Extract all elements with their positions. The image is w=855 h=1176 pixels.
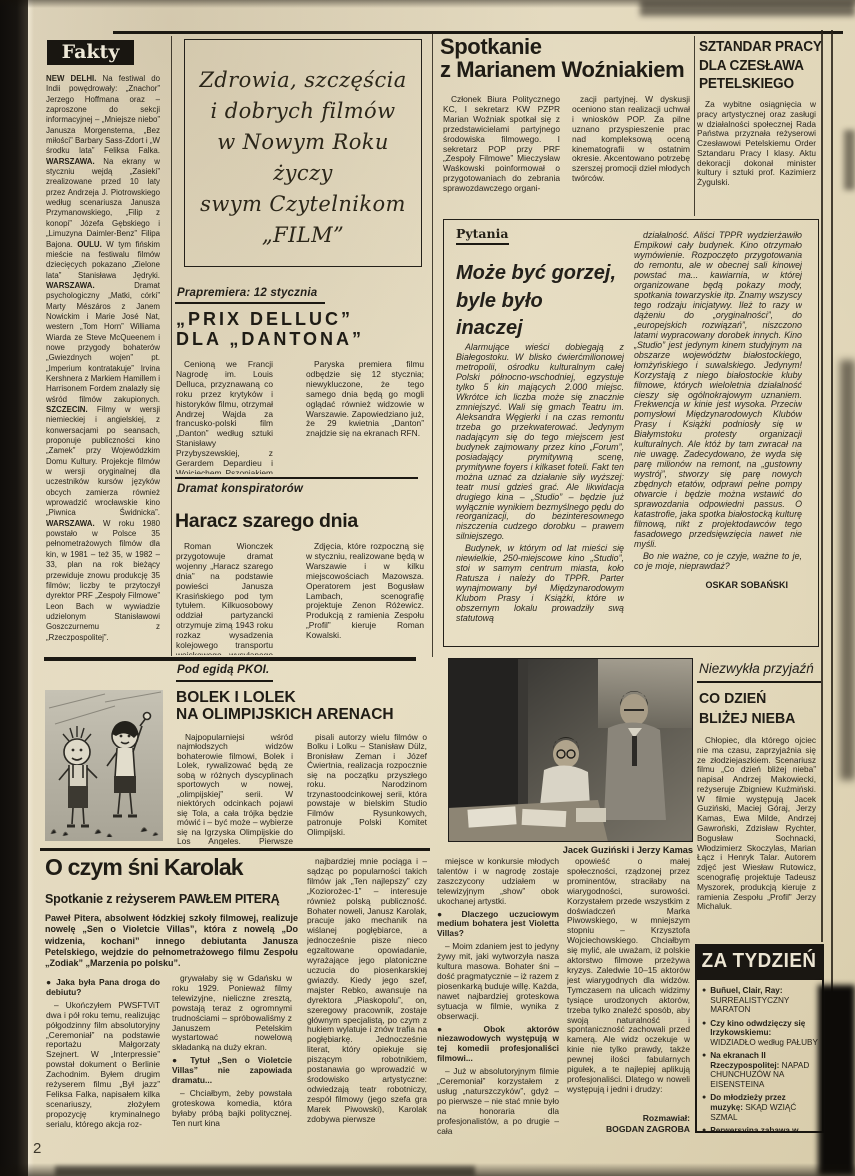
- prix-title: „PRIX DELLUC” DLA „DANTONA”: [176, 309, 364, 349]
- fakty-header: Fakty: [47, 40, 134, 65]
- niebo-kicker: Niezwykła przyjaźń: [699, 661, 814, 676]
- karolak-byline: Rozmawiał: BOGDAN ZAGROBA: [567, 1113, 690, 1135]
- page-edge-line-inner: [821, 30, 823, 942]
- karolak-col4: miejsce w konkursie młodych talentów i w…: [437, 857, 559, 1157]
- za-tydzien-box: ●Buñuel, Clair, Ray: SURREALISTYCZNY MAR…: [695, 978, 824, 1133]
- karolak-byline-label: Rozmawiał:: [567, 1113, 690, 1124]
- prix-col1: Cenioną we Francji Nagrodę im. Louis Del…: [176, 360, 273, 474]
- list-item: ●Na ekranach II Rzeczypospolitej: NAPAD …: [702, 1051, 818, 1090]
- karolak-title: O czym śni Karolak: [45, 854, 243, 881]
- spotkanie-col1: Członek Biura Politycznego KC, I sekreta…: [443, 95, 560, 213]
- bolek-kicker-rule: [176, 680, 273, 682]
- scan-smudge-bottom: [55, 1166, 475, 1176]
- scan-edge-bottom: [0, 1163, 855, 1176]
- bullet-icon: ●: [702, 1126, 706, 1133]
- sztandar-title: SZTANDAR PRACY DLA CZESŁAWA PETELSKIEGO: [699, 38, 822, 94]
- column-rule-center: [432, 33, 433, 657]
- pytania-col1: Alarmujące wieści dobiegają z Białegosto…: [456, 343, 624, 635]
- bullet-icon: ●: [702, 1019, 706, 1048]
- prix-kicker-rule: [175, 302, 325, 304]
- newspaper-page: Fakty NEW DELHI. Na festiwal do Indii po…: [0, 0, 855, 1176]
- prix-kicker: Prapremiera: 12 stycznia: [177, 287, 317, 299]
- column-rule-right: [694, 36, 695, 216]
- karolak-top-rule: [40, 848, 430, 851]
- pytania-kicker-rule: [456, 243, 509, 245]
- bullet-icon: ●: [702, 986, 706, 1015]
- pytania-title: Może być gorzej, byle było inaczej: [456, 260, 616, 343]
- karolak-intro: Paweł Pitera, absolwent łódzkiej szkoły …: [45, 913, 298, 971]
- niebo-title: CO DZIEŃ BLIŻEJ NIEBA: [699, 689, 795, 728]
- fakty-title: Fakty: [62, 41, 120, 63]
- haracz-title: Haracz szarego dnia: [175, 510, 358, 533]
- za-tydzien-title: ZA TYDZIEŃ: [702, 950, 817, 973]
- bullet-icon: ●: [702, 1051, 706, 1090]
- photo-caption: Jacek Guziński i Jerzy Kamas: [448, 845, 693, 855]
- scan-edge-left: [0, 0, 28, 1176]
- bolek-col2: pisali autorzy wielu filmów o Bolku i Lo…: [307, 733, 427, 845]
- scan-edge-top: [0, 0, 855, 8]
- bolek-lolek-cartoon: [45, 690, 163, 841]
- mid-thick-rule: [44, 657, 416, 661]
- bolek-title: BOLEK I LOLEK NA OLIMPIJSKICH ARENACH: [176, 689, 394, 723]
- bolek-col1: Najpopularniejsi wśród najmłodszych widz…: [177, 733, 293, 845]
- page-number: 2: [33, 1140, 41, 1157]
- scan-edge-left-highlight: [28, 0, 34, 1176]
- karolak-byline-name: BOGDAN ZAGROBA: [567, 1124, 690, 1135]
- niebo-kicker-rule: [697, 681, 821, 683]
- pytania-box: Pytania Może być gorzej, byle było inacz…: [443, 219, 819, 647]
- pytania-col2: działalność. Aliści TPPR wydzierżawiło E…: [634, 231, 802, 635]
- pytania-byline: OSKAR SOBAŃSKI: [634, 580, 802, 590]
- za-tydzien-header: ZA TYDZIEŃ: [695, 944, 824, 978]
- scan-blotch-right: [844, 130, 855, 190]
- list-item: ●Czy kino odwdzięczy się Irzykowskiemu: …: [702, 1019, 818, 1048]
- karolak-col3: najbardziej mnie pociąga i – sądząc po p…: [307, 857, 427, 1160]
- karolak-col1: ● Jaka była Pana droga do debiutu? – Uko…: [46, 978, 160, 1160]
- list-item: ●Perwersyjna zabawa w makabrę? PRZYBYSZ …: [702, 1126, 818, 1133]
- column-rule-left: [171, 36, 172, 656]
- prix-col2: Paryska premiera filmu odbędzie się 12 s…: [306, 360, 424, 474]
- niebo-body: Chłopiec, dla którego ojciec nie ma czas…: [697, 736, 816, 936]
- spotkanie-col2: zacji partyjnej. W dyskusji oceniono sta…: [572, 95, 690, 213]
- karolak-col5: opowieść o małej społeczności, rządzonej…: [567, 857, 690, 1157]
- article-photo: [448, 658, 693, 842]
- list-item: ●Do młodzieży przez muzykę: SKĄD WZIĄĆ S…: [702, 1093, 818, 1122]
- scan-streak-right: [840, 360, 855, 780]
- spotkanie-title: Spotkanie z Marianem Woźniakiem: [440, 36, 684, 81]
- haracz-col1: Roman Wionczek przygotowuje dramat wojen…: [176, 542, 273, 655]
- pytania-kicker: Pytania: [456, 226, 508, 241]
- fakty-body: NEW DELHI. Na festiwal do Indii powędrow…: [46, 74, 160, 644]
- scan-edge-top-right: [640, 0, 855, 16]
- greeting-text: Zdrowia, szczęścia i dobrych filmów w No…: [185, 40, 421, 251]
- karolak-subtitle: Spotkanie z reżyserem PAWŁEM PITERĄ: [45, 892, 280, 906]
- page-edge-line-outer: [831, 30, 833, 1145]
- sztandar-body: Za wybitne osiągnięcia w pracy artystycz…: [697, 100, 816, 214]
- haracz-section-rule: [175, 477, 418, 479]
- haracz-col2: Zdjęcia, które rozpoczną się w styczniu,…: [306, 542, 424, 655]
- haracz-kicker: Dramat konspiratorów: [177, 483, 303, 495]
- karolak-col2: grywałaby się w Gdańsku w roku 1929. Pon…: [172, 974, 292, 1160]
- list-item: ●Buñuel, Clair, Ray: SURREALISTYCZNY MAR…: [702, 986, 818, 1015]
- bullet-icon: ●: [702, 1093, 706, 1122]
- new-year-greeting-box: Zdrowia, szczęścia i dobrych filmów w No…: [184, 39, 422, 267]
- bolek-kicker: Pod egidą PKOI.: [177, 664, 269, 676]
